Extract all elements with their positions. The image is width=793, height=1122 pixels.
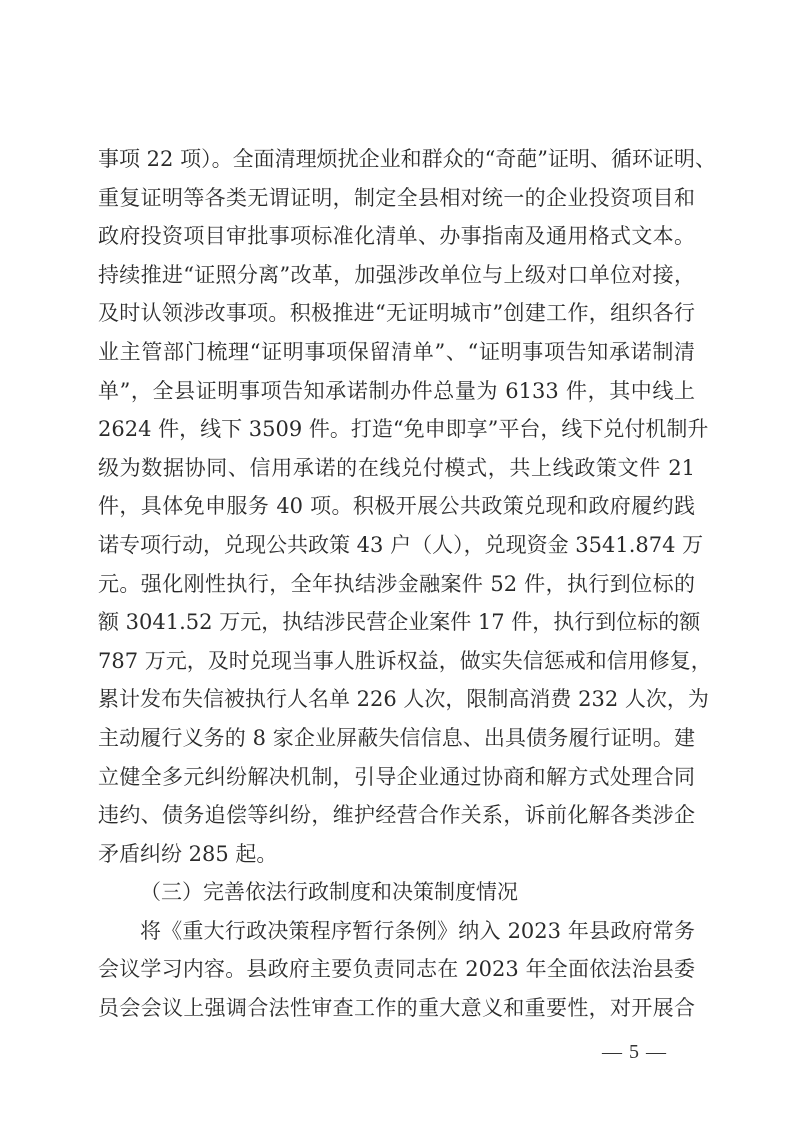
- text-line: 及时认领涉改事项。积极推进“无证明城市”创建工作，组织各行: [98, 294, 695, 333]
- text-line: 矛盾纠纷 285 起。: [98, 835, 695, 874]
- text-line: 787 万元，及时兑现当事人胜诉权益，做实失信惩戒和信用修复，: [98, 642, 695, 681]
- text-line: 元。强化刚性执行，全年执结涉金融案件 52 件，执行到位标的: [98, 565, 695, 604]
- text-line: 立健全多元纠纷解决机制，引导企业通过协商和解方式处理合同: [98, 758, 695, 797]
- text-line: 会议学习内容。县政府主要负责同志在 2023 年全面依法治县委: [98, 950, 695, 989]
- text-line: 持续推进“证照分离”改革，加强涉改单位与上级对口单位对接，: [98, 256, 695, 295]
- text-line: 业主管部门梳理“证明事项保留清单”、“证明事项告知承诺制清: [98, 333, 695, 372]
- text-line: 诺专项行动，兑现公共政策 43 户（人），兑现资金 3541.874 万: [98, 526, 695, 565]
- page-number: — 5 —: [602, 1041, 667, 1064]
- page-body: 事项 22 项）。全面清理烦扰企业和群众的“奇葩”证明、循环证明、 重复证明等各…: [98, 140, 698, 1028]
- text-line: 2624 件，线下 3509 件。打造“免申即享”平台，线下兑付机制升: [98, 410, 695, 449]
- text-line: 主动履行义务的 8 家企业屏蔽失信信息、出具债务履行证明。建: [98, 719, 695, 758]
- text-line: 件，具体免申服务 40 项。积极开展公共政策兑现和政府履约践: [98, 487, 695, 526]
- text-line: 将《重大行政决策程序暂行条例》纳入 2023 年县政府常务: [98, 912, 695, 951]
- text-line: 事项 22 项）。全面清理烦扰企业和群众的“奇葩”证明、循环证明、: [98, 140, 695, 179]
- text-line: 级为数据协同、信用承诺的在线兑付模式，共上线政策文件 21: [98, 449, 695, 488]
- text-line: 员会会议上强调合法性审查工作的重大意义和重要性，对开展合: [98, 989, 695, 1028]
- document-page: 事项 22 项）。全面清理烦扰企业和群众的“奇葩”证明、循环证明、 重复证明等各…: [0, 0, 793, 1122]
- text-line: 政府投资项目审批事项标准化清单、办事指南及通用格式文本。: [98, 217, 695, 256]
- section-heading: （三）完善依法行政制度和决策制度情况: [98, 873, 695, 912]
- text-line: 重复证明等各类无谓证明，制定全县相对统一的企业投资项目和: [98, 179, 695, 218]
- text-line: 额 3041.52 万元，执结涉民营企业案件 17 件，执行到位标的额: [98, 603, 695, 642]
- text-line: 违约、债务追偿等纠纷，维护经营合作关系，诉前化解各类涉企: [98, 796, 695, 835]
- text-line: 单”，全县证明事项告知承诺制办件总量为 6133 件，其中线上: [98, 372, 695, 411]
- text-line: 累计发布失信被执行人名单 226 人次，限制高消费 232 人次，为: [98, 680, 695, 719]
